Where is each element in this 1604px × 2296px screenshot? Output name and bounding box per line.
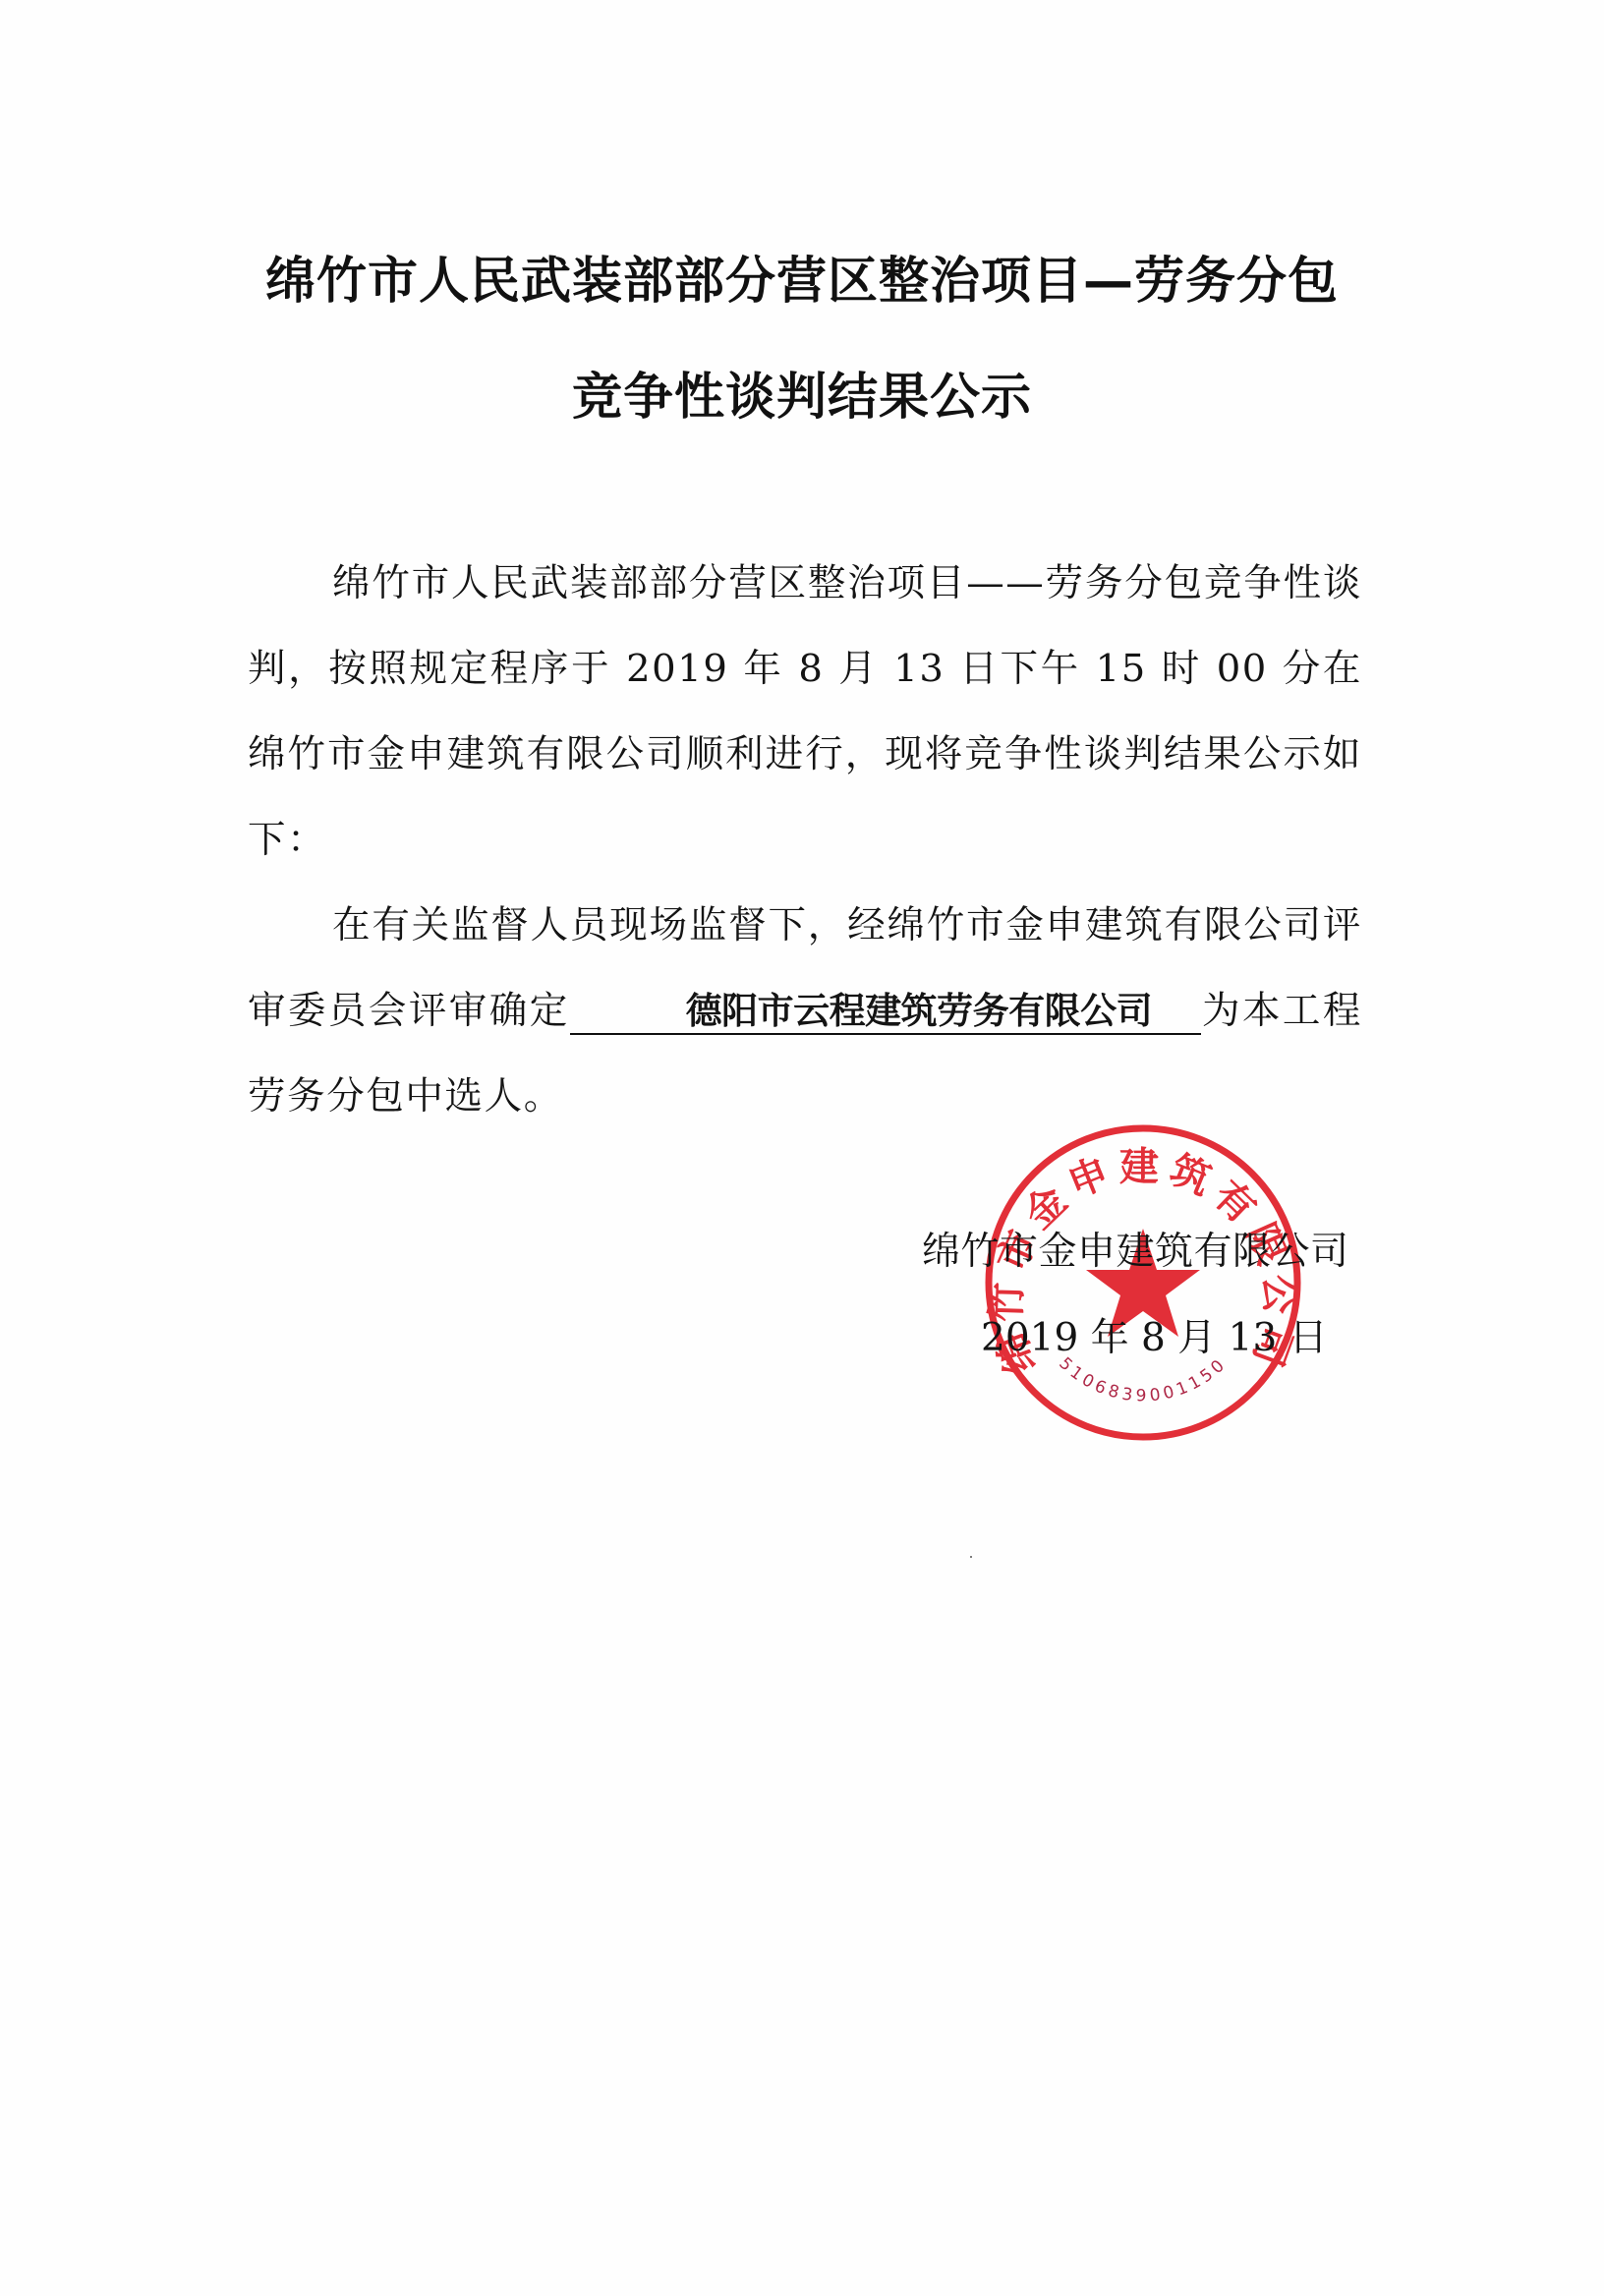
winner-name: 德阳市云程建筑劳务有限公司 xyxy=(570,992,1202,1035)
document-title-line-1: 绵竹市人民武装部部分营区整治项目—劳务分包 xyxy=(0,240,1604,313)
scan-speck xyxy=(970,1556,972,1558)
document-body: 绵竹市人民武装部部分营区整治项目——劳务分包竞争性谈判，按照规定程序于 2019… xyxy=(248,541,1362,1139)
paragraph-announcement: 绵竹市人民武装部部分营区整治项目——劳务分包竞争性谈判，按照规定程序于 2019… xyxy=(248,541,1362,883)
document-page: 绵竹市人民武装部部分营区整治项目—劳务分包 竞争性谈判结果公示 绵竹市人民武装部… xyxy=(0,0,1604,2296)
document-title-line-2: 竞争性谈判结果公示 xyxy=(0,356,1604,429)
signature-date: 2019 年 8 月 13 日 xyxy=(981,1307,1328,1362)
paragraph-result: 在有关监督人员现场监督下，经绵竹市金申建筑有限公司评审委员会评审确定德阳市云程建… xyxy=(248,883,1362,1139)
company-seal-stamp: 绵竹市金申建筑有限公司 5106839001150 xyxy=(981,1120,1305,1445)
signature-company: 绵竹市金申建筑有限公司 xyxy=(922,1221,1349,1276)
